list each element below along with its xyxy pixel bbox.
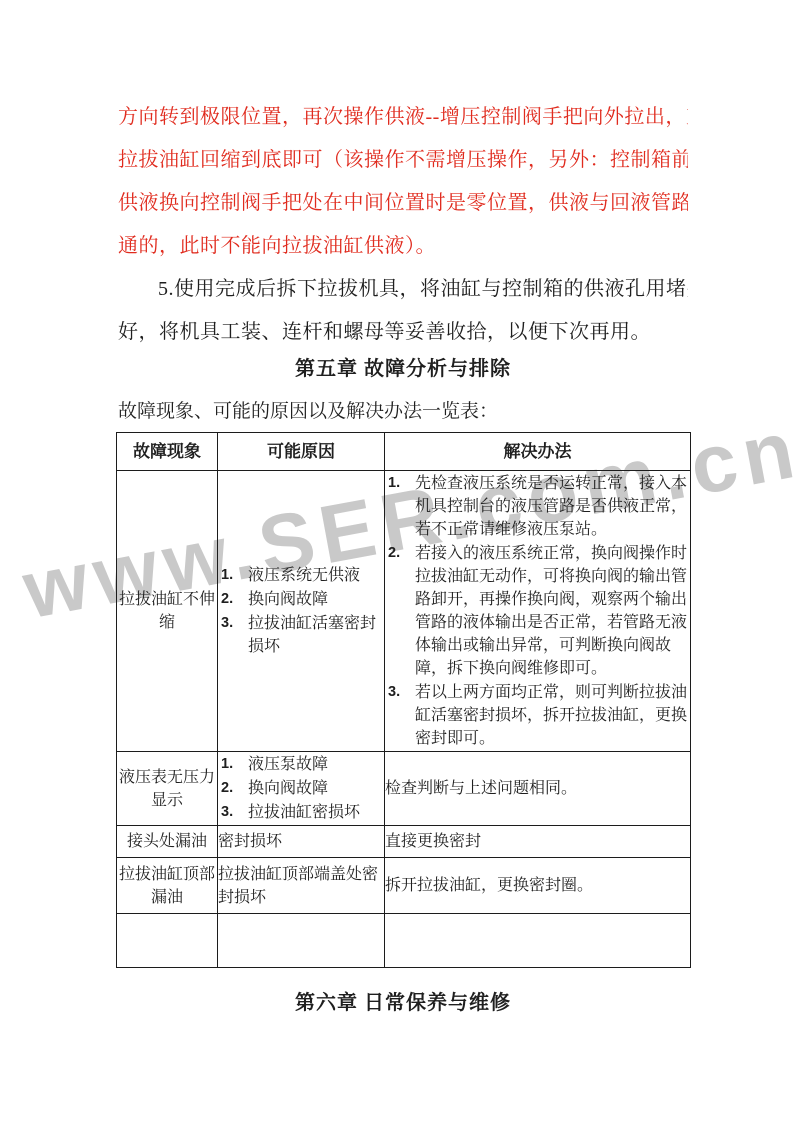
- solution-cell: 直接更换密封: [385, 826, 691, 858]
- list-item-text: 液压系统无供液: [248, 564, 384, 587]
- causes-cell: 1.液压泵故障2.换向阀故障3.拉拔油缸密损坏: [218, 752, 385, 826]
- solution-cell: 拆开拉拔油缸，更换密封圈。: [385, 858, 691, 914]
- step5-paragraph: 5.使用完成后拆下拉拔机具，将油缸与控制箱的供液孔用堵头堵好，将机具工装、连杆和…: [118, 268, 688, 354]
- text-line: 供液换向控制阀手把处在中间位置时是零位置，供液与回液管路是联: [118, 182, 688, 225]
- list-item-text: 拉拔油缸活塞密封损坏: [248, 612, 384, 658]
- list-item-number: 1.: [218, 753, 248, 776]
- header-fault-phenomenon: 故障现象: [117, 433, 218, 471]
- text-line: 拉拔油缸回缩到底即可（该操作不需增压操作，另外：控制箱前端的: [118, 139, 688, 182]
- text-line: 5.使用完成后拆下拉拔机具，将油缸与控制箱的供液孔用堵头堵: [118, 268, 688, 311]
- list-item-number: 1.: [218, 564, 248, 587]
- list-item: 2.换向阀故障: [218, 777, 384, 800]
- table-row-cylinder-not-moving: 拉拔油缸不伸缩 1.液压系统无供液2.换向阀故障3.拉拔油缸活塞密封损坏 1.先…: [117, 471, 691, 752]
- list-item: 1.液压泵故障: [218, 753, 384, 776]
- list-item: 1.液压系统无供液: [218, 564, 384, 587]
- chapter-6-heading: 第六章 日常保养与维修: [118, 986, 688, 1015]
- chapter-5-heading: 第五章 故障分析与排除: [118, 352, 688, 381]
- text-line: 通的，此时不能向拉拔油缸供液）。: [118, 225, 688, 268]
- empty-cell: [218, 914, 385, 968]
- list-item: 3.拉拔油缸活塞密封损坏: [218, 612, 384, 658]
- list-item-text: 若以上两方面均正常，则可判断拉拔油缸活塞密封损坏，拆开拉拔油缸，更换密封即可。: [415, 681, 690, 750]
- cause-cell: 拉拔油缸顶部端盖处密封损坏: [218, 858, 385, 914]
- table-row-no-pressure: 液压表无压力显示 1.液压泵故障2.换向阀故障3.拉拔油缸密损坏 检查判断与上述…: [117, 752, 691, 826]
- list-item-number: 2.: [218, 777, 248, 800]
- list-item-number: 3.: [218, 801, 248, 824]
- header-possible-cause: 可能原因: [218, 433, 385, 471]
- red-warning-paragraph: 方向转到极限位置，再次操作供液--增压控制阀手把向外拉出，直至拉拔油缸回缩到底即…: [118, 96, 688, 268]
- list-item-number: 1.: [385, 472, 415, 495]
- page-content: 方向转到极限位置，再次操作供液--增压控制阀手把向外拉出，直至拉拔油缸回缩到底即…: [0, 0, 800, 1131]
- list-item-number: 3.: [385, 681, 415, 704]
- list-item-text: 换向阀故障: [248, 588, 384, 611]
- list-item-text: 液压泵故障: [248, 753, 384, 776]
- solution-cell: 检查判断与上述问题相同。: [385, 752, 691, 826]
- phenomenon-cell: 接头处漏油: [117, 826, 218, 858]
- empty-cell: [117, 914, 218, 968]
- list-item-text: 换向阀故障: [248, 777, 384, 800]
- phenomenon-cell: 拉拔油缸不伸缩: [117, 471, 218, 752]
- list-item: 3.若以上两方面均正常，则可判断拉拔油缸活塞密封损坏，拆开拉拔油缸，更换密封即可…: [385, 681, 690, 750]
- phenomenon-cell: 拉拔油缸顶部漏油: [117, 858, 218, 914]
- list-item: 1.先检查液压系统是否运转正常，接入本机具控制台的液压管路是否供液正常，若不正常…: [385, 472, 690, 541]
- manual-page: www.SER.com.cn 方向转到极限位置，再次操作供液--增压控制阀手把向…: [0, 0, 800, 1131]
- list-item: 2.换向阀故障: [218, 588, 384, 611]
- table-row-empty: [117, 914, 691, 968]
- text-line: 方向转到极限位置，再次操作供液--增压控制阀手把向外拉出，直至: [118, 96, 688, 139]
- solutions-cell: 1.先检查液压系统是否运转正常，接入本机具控制台的液压管路是否供液正常，若不正常…: [385, 471, 691, 752]
- list-item: 3.拉拔油缸密损坏: [218, 801, 384, 824]
- table-row-joint-leak: 接头处漏油 密封损坏 直接更换密封: [117, 826, 691, 858]
- cause-cell: 密封损坏: [218, 826, 385, 858]
- table-header-row: 故障现象 可能原因 解决办法: [117, 433, 691, 471]
- table-intro-text: 故障现象、可能的原因以及解决办法一览表：: [118, 396, 688, 423]
- table-row-top-leak: 拉拔油缸顶部漏油 拉拔油缸顶部端盖处密封损坏 拆开拉拔油缸，更换密封圈。: [117, 858, 691, 914]
- list-item-text: 拉拔油缸密损坏: [248, 801, 384, 824]
- list-item: 2.若接入的液压系统正常，换向阀操作时拉拔油缸无动作，可将换向阀的输出管路卸开，…: [385, 542, 690, 680]
- empty-cell: [385, 914, 691, 968]
- causes-cell: 1.液压系统无供液2.换向阀故障3.拉拔油缸活塞密封损坏: [218, 471, 385, 752]
- list-item-number: 2.: [385, 542, 415, 565]
- list-item-number: 2.: [218, 588, 248, 611]
- header-solution: 解决办法: [385, 433, 691, 471]
- text-line: 好，将机具工装、连杆和螺母等妥善收拾，以便下次再用。: [118, 311, 688, 354]
- phenomenon-cell: 液压表无压力显示: [117, 752, 218, 826]
- fault-analysis-table: 故障现象 可能原因 解决办法 拉拔油缸不伸缩 1.液压系统无供液2.换向阀故障3…: [116, 432, 691, 968]
- list-item-number: 3.: [218, 612, 248, 635]
- list-item-text: 先检查液压系统是否运转正常，接入本机具控制台的液压管路是否供液正常，若不正常请维…: [415, 472, 690, 541]
- list-item-text: 若接入的液压系统正常，换向阀操作时拉拔油缸无动作，可将换向阀的输出管路卸开，再操…: [415, 542, 690, 680]
